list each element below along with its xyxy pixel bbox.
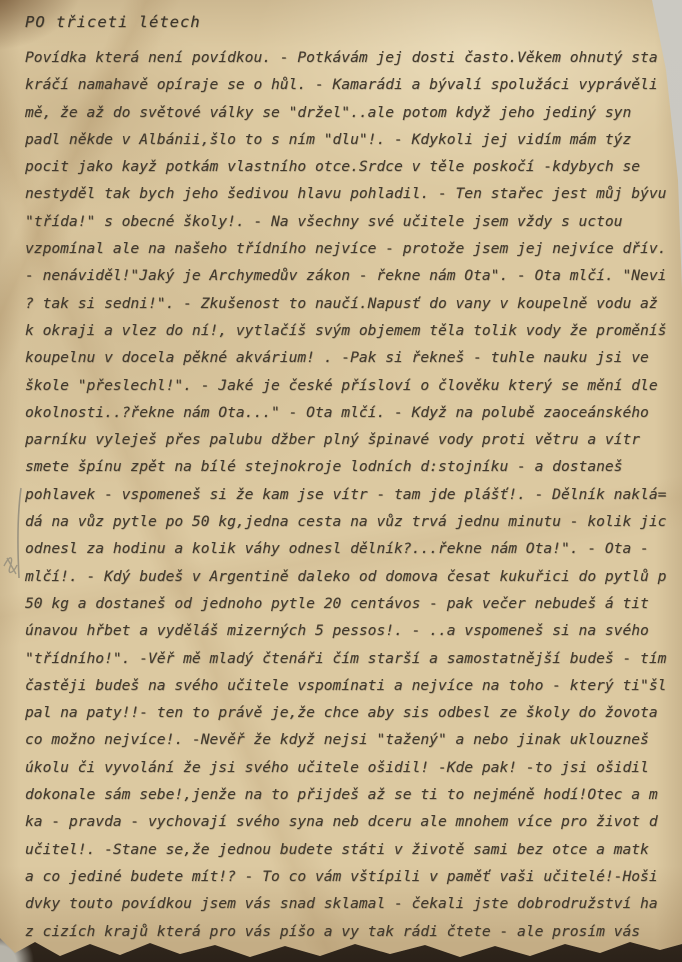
text-line: dá na vůz pytle po 50 kg,jedna cesta na …: [25, 513, 682, 540]
text-line: okolnosti..?řekne nám Ota..." - Ota mlčí…: [25, 404, 682, 431]
text-line: úkolu či vyvolání že jsi svého učitele o…: [25, 759, 682, 786]
text-line: častěji budeš na svého učitele vspomínat…: [25, 677, 682, 704]
paper-sheet: PO třiceti létech Povídka která není pov…: [0, 0, 682, 962]
text-line: a co jediné budete mít!? - To co vám všt…: [25, 868, 682, 895]
pencil-margin-mark: [0, 470, 40, 600]
scanned-typewritten-page: PO třiceti létech Povídka která není pov…: [0, 0, 682, 962]
text-line: "třída!" s obecné školy!. - Na všechny s…: [25, 213, 682, 240]
page-title: PO třiceti létech: [25, 13, 201, 31]
text-line: nestyděl tak bych jeho šedivou hlavu poh…: [25, 185, 682, 212]
text-line: co možno nejvíce!. -Nevěř že když nejsi …: [25, 731, 682, 758]
text-line: "třídního!". -Věř mě mladý čtenáři čím s…: [25, 650, 682, 677]
text-line: škole "přeslechl!". - Jaké je české přís…: [25, 377, 682, 404]
text-line: dvky touto povídkou jsem vás snad sklama…: [25, 895, 682, 922]
text-line: mě, že až do světové války se "držel"..a…: [25, 104, 682, 131]
text-line: pal na paty!!- ten to právě je,že chce a…: [25, 704, 682, 731]
text-line: ? tak si sedni!". - Zkušenost to naučí.N…: [25, 295, 682, 322]
text-line: - nenáviděl!"Jaký je Archymedův zákon - …: [25, 267, 682, 294]
text-line: pocit jako kayž potkám vlastního otce.Sr…: [25, 158, 682, 185]
text-line: parníku vyleješ přes palubu džber plný š…: [25, 431, 682, 458]
text-line: odnesl za hodinu a kolik váhy odnesl děl…: [25, 540, 682, 567]
text-line: vzpomínal ale na našeho třídního nejvíce…: [25, 240, 682, 267]
text-line: učitel!. -Stane se,že jednou budete stát…: [25, 841, 682, 868]
text-line: pohlavek - vspomeneš si že kam jse vítr …: [25, 486, 682, 513]
text-line: kráčí namahavě opíraje se o hůl. - Kamar…: [25, 76, 682, 103]
text-line: Povídka která není povídkou. - Potkávám …: [25, 49, 682, 76]
text-line: k okraji a vlez do ní!, vytlačíš svým ob…: [25, 322, 682, 349]
text-line: smete špínu zpět na bílé stejnokroje lod…: [25, 458, 682, 485]
text-line: ka - pravda - vychovají svého syna neb d…: [25, 813, 682, 840]
text-line: koupelnu v docela pěkné akvárium! . -Pak…: [25, 349, 682, 376]
text-line: únavou hřbet a vyděláš mizerných 5 pesso…: [25, 622, 682, 649]
text-line: dokonale sám sebe!,jenže na to přijdeš a…: [25, 786, 682, 813]
text-line: mlčí!. - Kdý budeš v Argentině daleko od…: [25, 568, 682, 595]
typewritten-text-block: Povídka která není povídkou. - Potkávám …: [25, 49, 682, 950]
text-line: 50 kg a dostaneš od jednoho pytle 20 cen…: [25, 595, 682, 622]
text-line: padl někde v Albánii,šlo to s ním "dlu"!…: [25, 131, 682, 158]
